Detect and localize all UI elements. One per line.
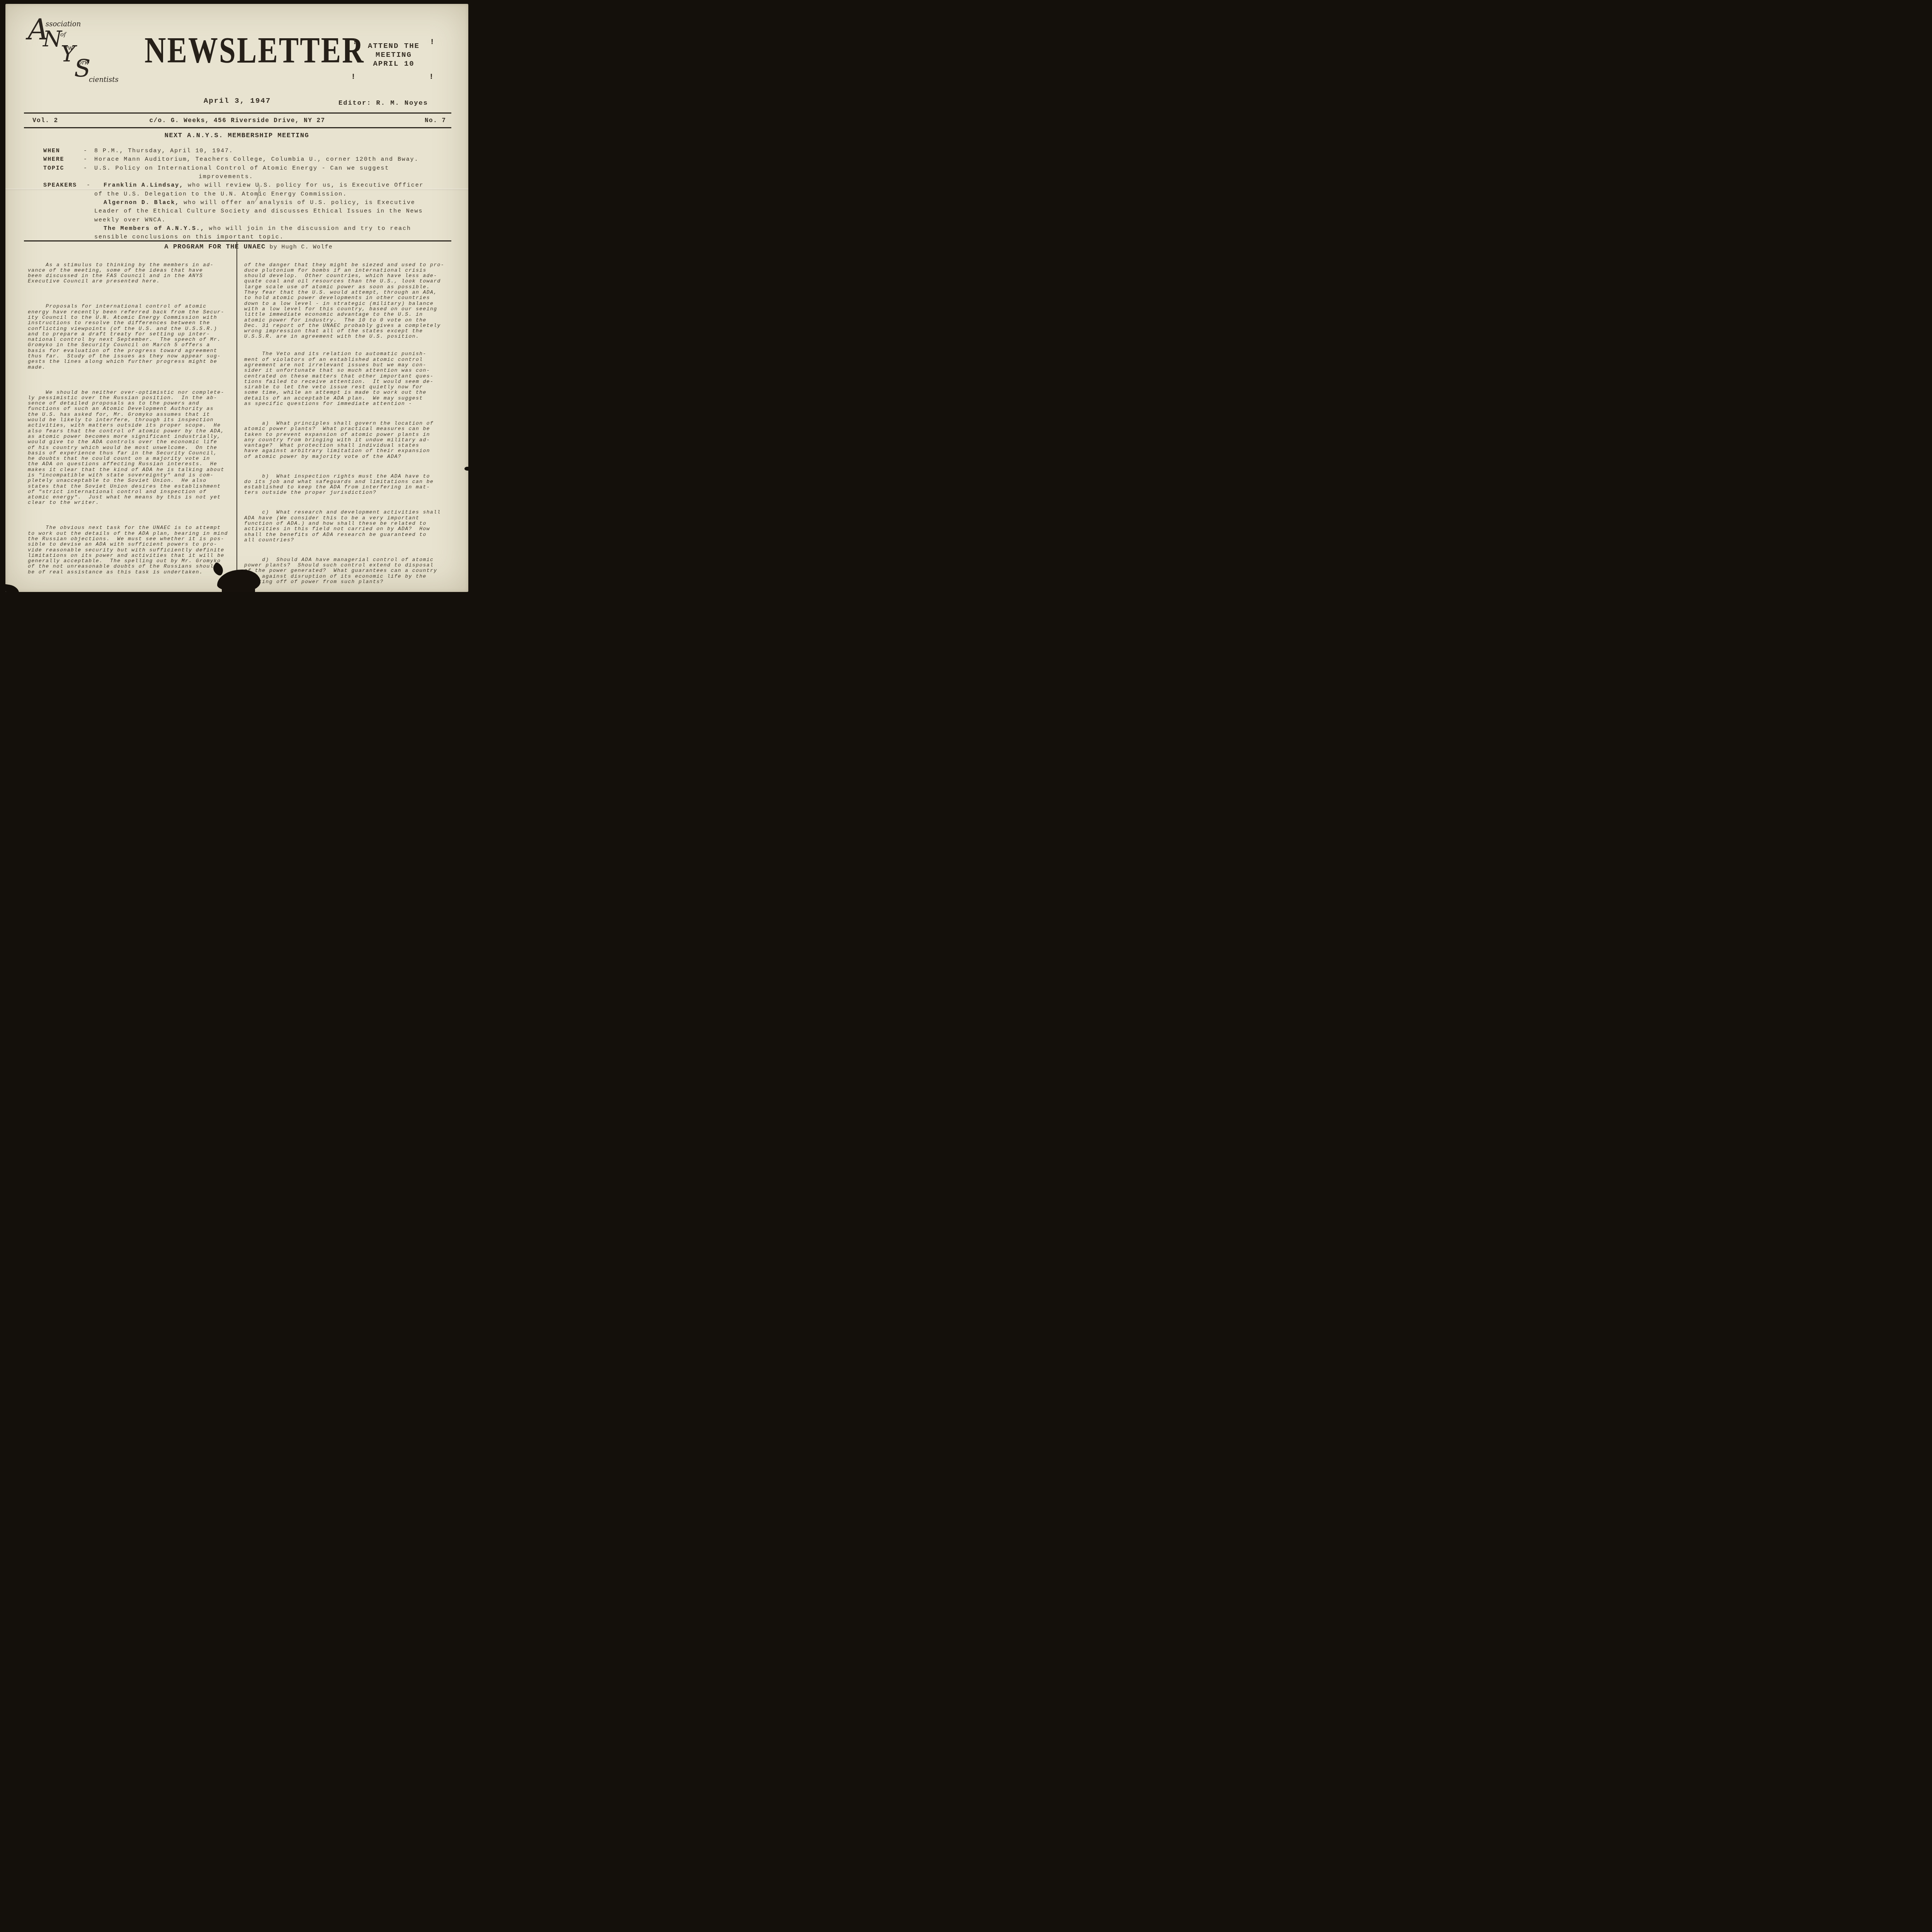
speaker-1-line-2: of the U.S. Delegation to the U.N. Atomi… (94, 191, 347, 197)
speaker-1-line-1: Franklin A.Lindsay, who will review U.S.… (104, 182, 424, 189)
speaker-2-line-1: Algernon D. Black, who will offer an ana… (104, 199, 415, 206)
attend-line-1: ATTEND THE (345, 42, 442, 51)
speakers-label: SPEAKERS (43, 182, 77, 189)
speakers-dash: - (87, 182, 91, 189)
horizontal-rule-infobar (24, 127, 451, 128)
issue-number: No. 7 (425, 117, 446, 124)
left-paragraph-1: As a stimulus to thinking by the members… (28, 262, 234, 284)
speaker-1-role: who will review U.S. policy for us, is E… (184, 182, 423, 189)
when-dash: - (83, 148, 88, 154)
topic-dash: - (83, 165, 88, 172)
speaker-2-line-2: Leader of the Ethical Culture Society an… (94, 208, 423, 214)
left-paragraph-3: We should be neither over-optimistic nor… (28, 390, 234, 506)
meeting-heading: NEXT A.N.Y.S. MEMBERSHIP MEETING (5, 132, 468, 139)
exclamation-bottom-right: ! (429, 73, 434, 82)
where-value: Horace Mann Auditorium, Teachers College… (94, 156, 418, 163)
when-label: WHEN (43, 148, 60, 154)
where-label: WHERE (43, 156, 65, 163)
right-paragraph-veto: The Veto and its relation to automatic p… (244, 351, 454, 406)
scanned-newsletter-page: { "masthead": { "logo": { "a": "A", "sso… (0, 0, 474, 605)
horizontal-rule-article (24, 240, 451, 241)
logo-letter-s: S (74, 56, 90, 80)
newsletter-masthead-title: NEWSLETTER (145, 32, 365, 69)
column-divider (236, 242, 237, 586)
speaker-3-line-1: The Members of A.N.Y.S., who will join i… (104, 225, 411, 232)
speaker-1-name: Franklin A.Lindsay, (104, 182, 184, 189)
horizontal-rule-top (24, 112, 451, 114)
mailing-address: c/o. G. Weeks, 456 Riverside Drive, NY 2… (102, 117, 372, 124)
editor-credit: Editor: R. M. Noyes (338, 100, 428, 107)
topic-value: U.S. Policy on International Control of … (94, 165, 389, 172)
left-paragraph-2: Proposals for international control of a… (28, 304, 234, 370)
article-title: A PROGRAM FOR THE UNAEC (164, 243, 265, 251)
article-byline: by Hugh C. Wolfe (265, 244, 332, 250)
torn-corner-bottom-left (5, 584, 20, 592)
volume-number: Vol. 2 (32, 117, 58, 124)
question-d: d) Should ADA have managerial control of… (244, 557, 454, 585)
speaker-2-line-3: weekly over WNCA. (94, 217, 166, 223)
edge-nick-right (464, 467, 468, 471)
ink-blot-bottom (222, 582, 255, 592)
article-right-column: of the danger that they might be siezed … (244, 251, 454, 592)
topic-value-line2: improvements. (199, 173, 253, 180)
newsletter-page: A ssociation of N ew Y ork S cientists N… (5, 4, 468, 592)
paper-fold-crease (5, 189, 468, 190)
issue-date: April 3, 1947 (175, 97, 299, 105)
attend-meeting-callout: ATTEND THE MEETING APRIL 10 (345, 42, 442, 68)
speaker-3-line-2: sensible conclusions on this important t… (94, 234, 284, 240)
where-dash: - (83, 156, 88, 163)
right-paragraph-1: of the danger that they might be siezed … (244, 262, 454, 340)
left-paragraph-4: The obvious next task for the UNAEC is t… (28, 525, 234, 575)
speaker-3-role: who will join in the discussion and try … (205, 225, 411, 232)
question-a: a) What principles shall govern the loca… (244, 421, 454, 459)
exclamation-bottom-left: ! (351, 73, 356, 82)
speaker-3-name: The Members of A.N.Y.S., (104, 225, 205, 232)
speaker-2-name: Algernon D. Black, (104, 199, 179, 206)
logo-word-cientists: cientists (89, 77, 119, 83)
article-left-column: As a stimulus to thinking by the members… (28, 251, 234, 592)
logo-letter-y: Y (61, 43, 75, 65)
question-c: c) What research and development activit… (244, 510, 454, 543)
topic-label: TOPIC (43, 165, 65, 172)
when-value: 8 P.M., Thursday, April 10, 1947. (94, 148, 233, 154)
attend-line-3: APRIL 10 (345, 60, 442, 68)
logo-letter-n: N (43, 29, 62, 50)
speaker-2-role: who will offer an analysis of U.S. polic… (179, 199, 415, 206)
attend-line-2: MEETING (345, 51, 442, 60)
question-b: b) What inspection rights must the ADA h… (244, 474, 454, 496)
